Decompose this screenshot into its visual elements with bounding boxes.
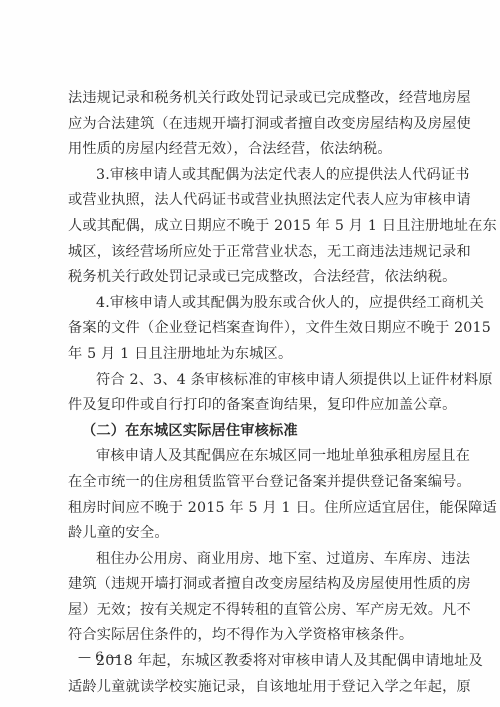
section-heading: （二）在东城区实际居住审核标准 — [68, 419, 440, 445]
text-line: 或营业执照，法人代码证书或营业执照法定代表人应为审核申请 — [68, 188, 440, 214]
paragraph-summary: 符合 2、3、4 条审核标准的审核申请人须提供以上证件材料原 — [68, 368, 440, 394]
paragraph-item-4: 4.审核申请人或其配偶为股东或合伙人的，应提供经工商机关 — [68, 291, 440, 317]
text-line: 适龄儿童就读学校实施记录，自该地址用于登记入学之年起，原 — [68, 675, 440, 701]
paragraph-2018: 2018 年起，东城区教委将对审核申请人及其配偶申请地址及 — [68, 649, 440, 675]
text-line: 备案的文件（企业登记档案查询件），文件生效日期应不晚于 2015 — [68, 316, 440, 342]
text-line: 人或其配偶，成立日期应不晚于 2015 年 5 月 1 日且注册地址在东 — [68, 214, 440, 240]
text-line: 城区，该经营场所应处于正常营业状态，无工商违法违规记录和 — [68, 240, 440, 266]
page-number: — 6 — — [78, 650, 121, 665]
paragraph-item-3: 3.审核申请人或其配偶为法定代表人的应提供法人代码证书 — [68, 163, 440, 189]
paragraph-residence: 审核申请人及其配偶应在东城区同一地址单独承租房屋且在 — [68, 444, 440, 470]
text-line: 年 5 月 1 日且注册地址为东城区。 — [68, 342, 440, 368]
text-line: 屋）无效；按有关规定不得转租的直管公房、军产房无效。凡不 — [68, 598, 440, 624]
text-line: 税务机关行政处罚记录或已完成整改，合法经营，依法纳税。 — [68, 265, 440, 291]
document-body: 法违规记录和税务机关行政处罚记录或已完成整改，经营地房屋 应为合法建筑（在违规开… — [68, 86, 440, 700]
text-line: 法违规记录和税务机关行政处罚记录或已完成整改，经营地房屋 — [68, 86, 440, 112]
text-line: 符合实际居住条件的，均不得作为入学资格审核条件。 — [68, 623, 440, 649]
text-line: 龄儿童的安全。 — [68, 521, 440, 547]
text-line: 件及复印件或自行打印的备案查询结果，复印件应加盖公章。 — [68, 393, 440, 419]
text-line: 建筑（违规开墙打洞或者擅自改变房屋结构及房屋使用性质的房 — [68, 572, 440, 598]
text-line: 应为合法建筑（在违规开墙打洞或者擅自改变房屋结构及房屋使 — [68, 112, 440, 138]
text-line: 用性质的房屋内经营无效），合法经营，依法纳税。 — [68, 137, 440, 163]
text-line: 租房时间应不晚于 2015 年 5 月 1 日。住所应适宜居住，能保障适 — [68, 496, 440, 522]
text-line: 在全市统一的住房租赁监管平台登记备案并提供登记备案编号。 — [68, 470, 440, 496]
paragraph-invalid-housing: 租住办公用房、商业用房、地下室、过道房、车库房、违法 — [68, 547, 440, 573]
